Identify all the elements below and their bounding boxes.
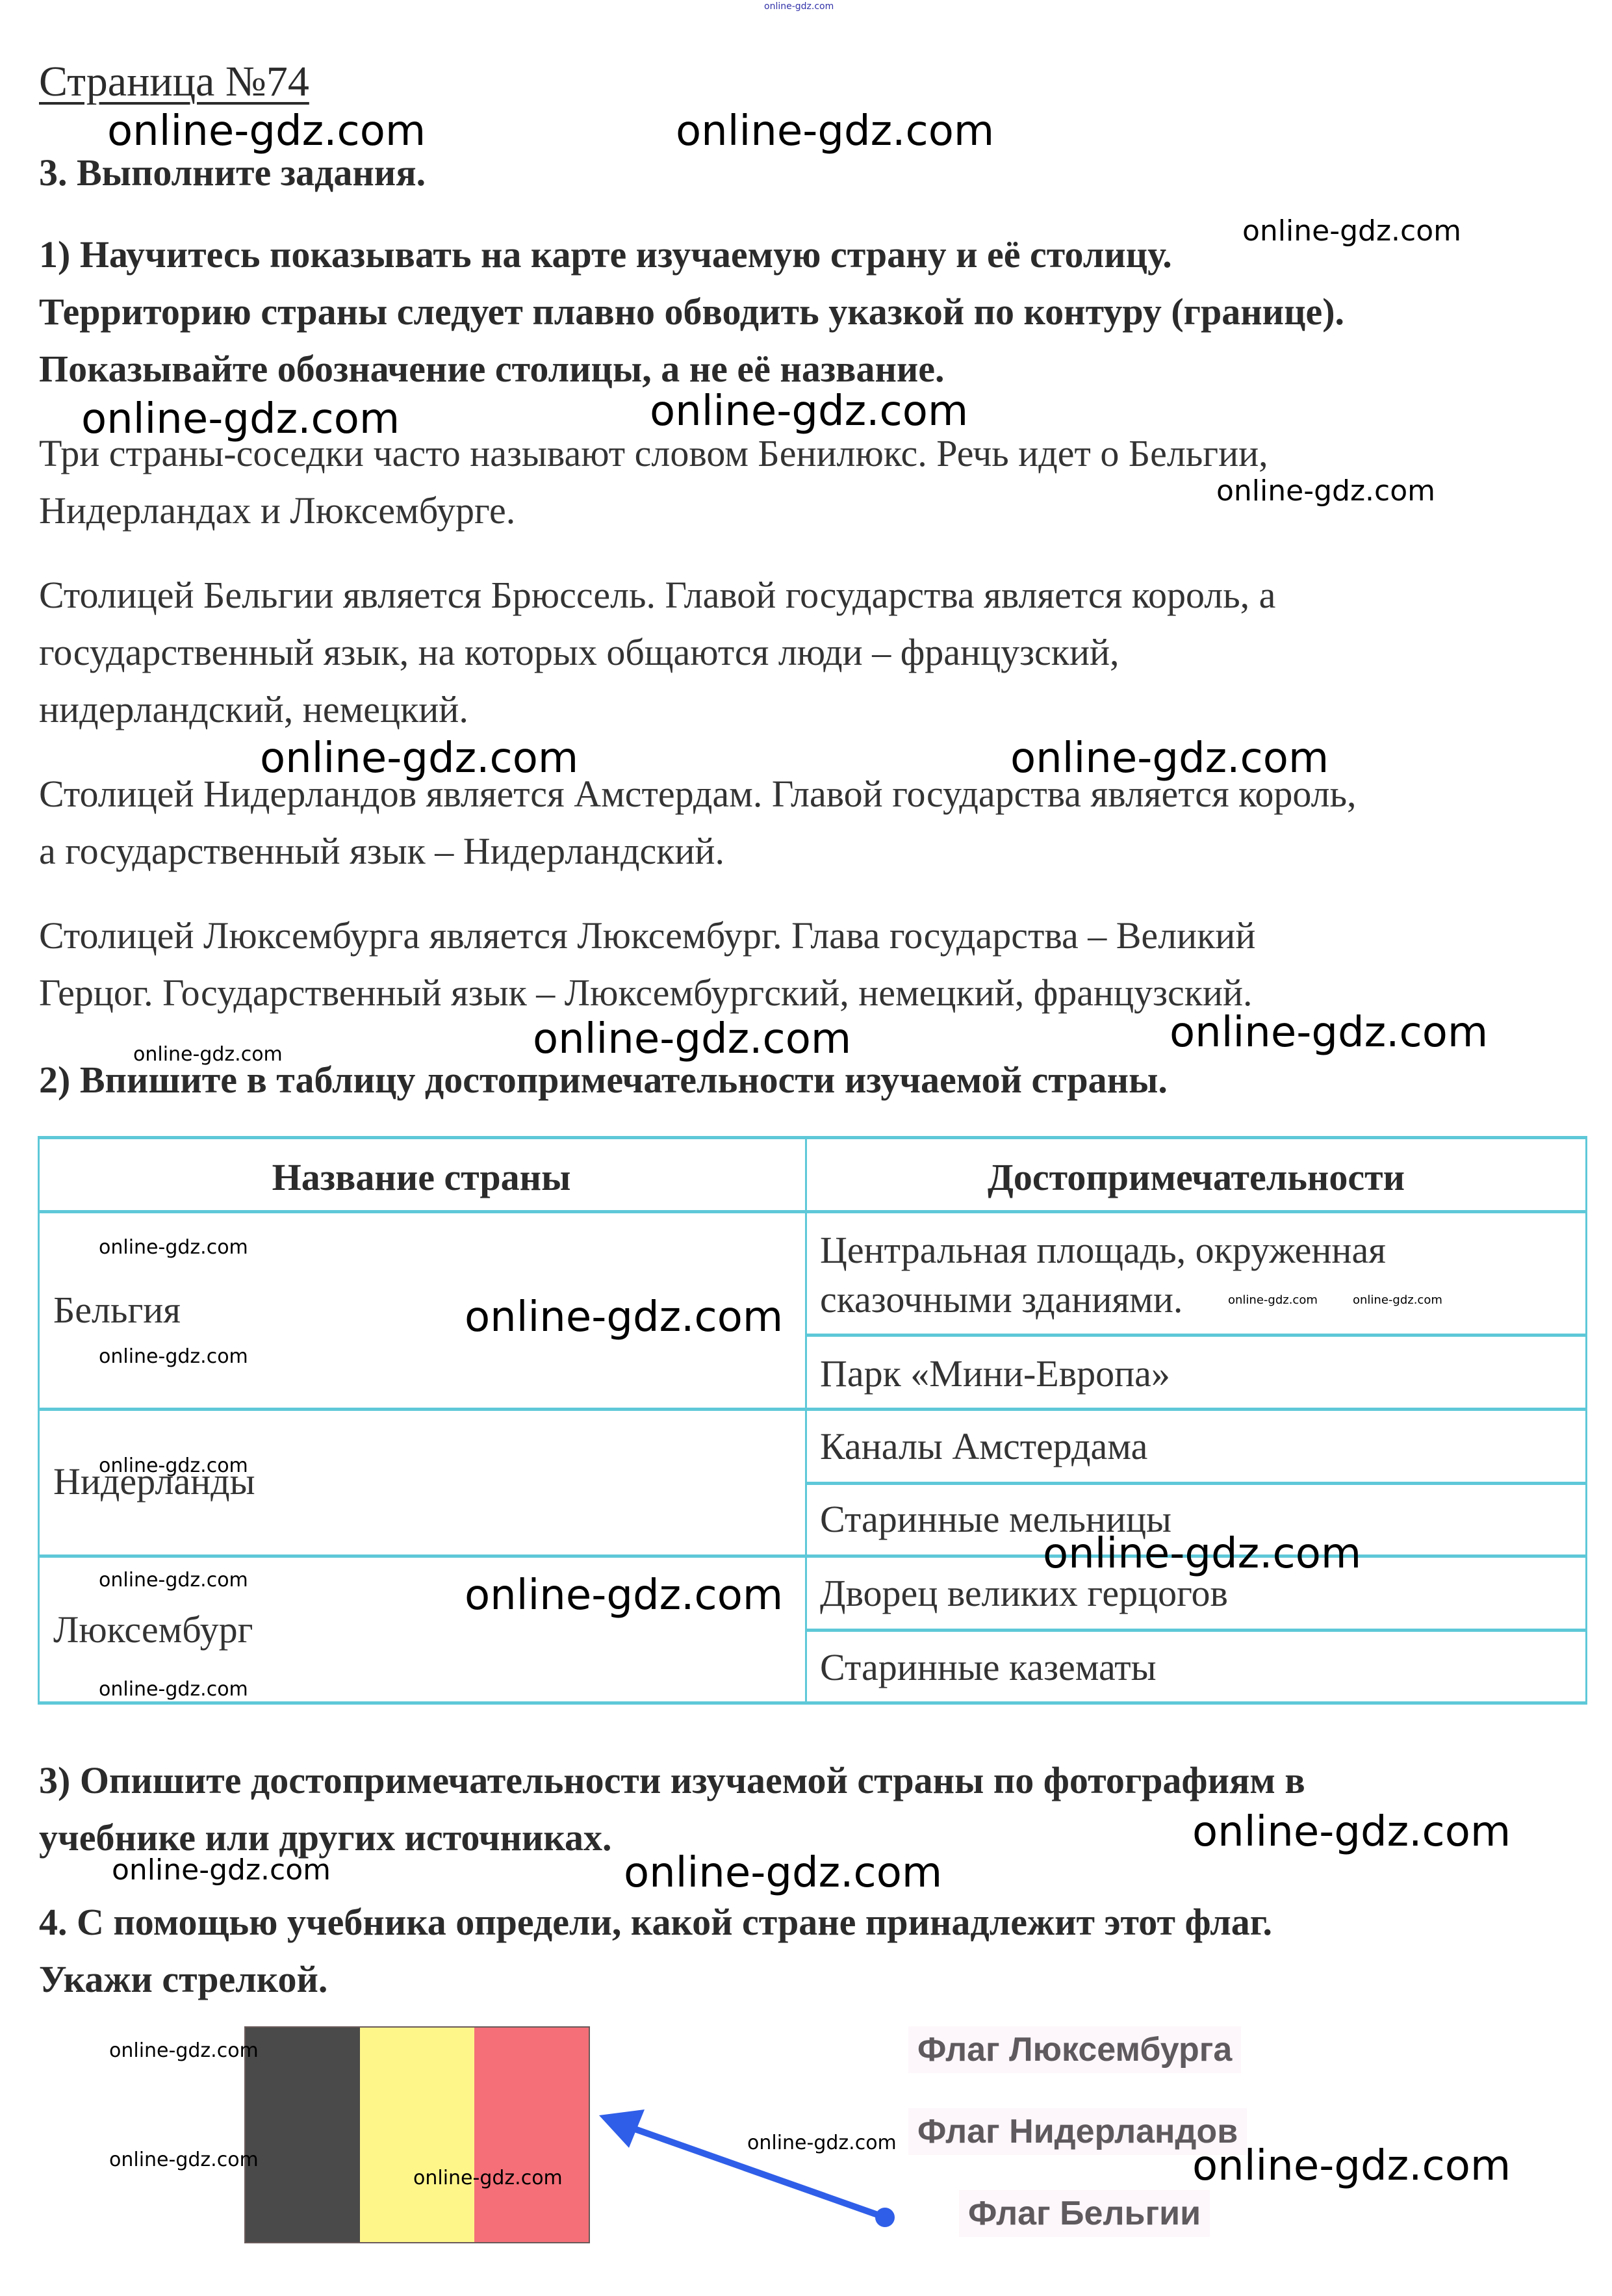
watermark: online-gdz.com — [747, 2132, 897, 2154]
flag-option-luxembourg[interactable]: Флаг Люксембурга — [908, 2026, 1241, 2073]
flag-option-belgium[interactable]: Флаг Бельгии — [959, 2190, 1210, 2237]
watermark: online-gdz.com — [1192, 2142, 1511, 2190]
answer-arrow-icon — [0, 0, 1612, 2296]
